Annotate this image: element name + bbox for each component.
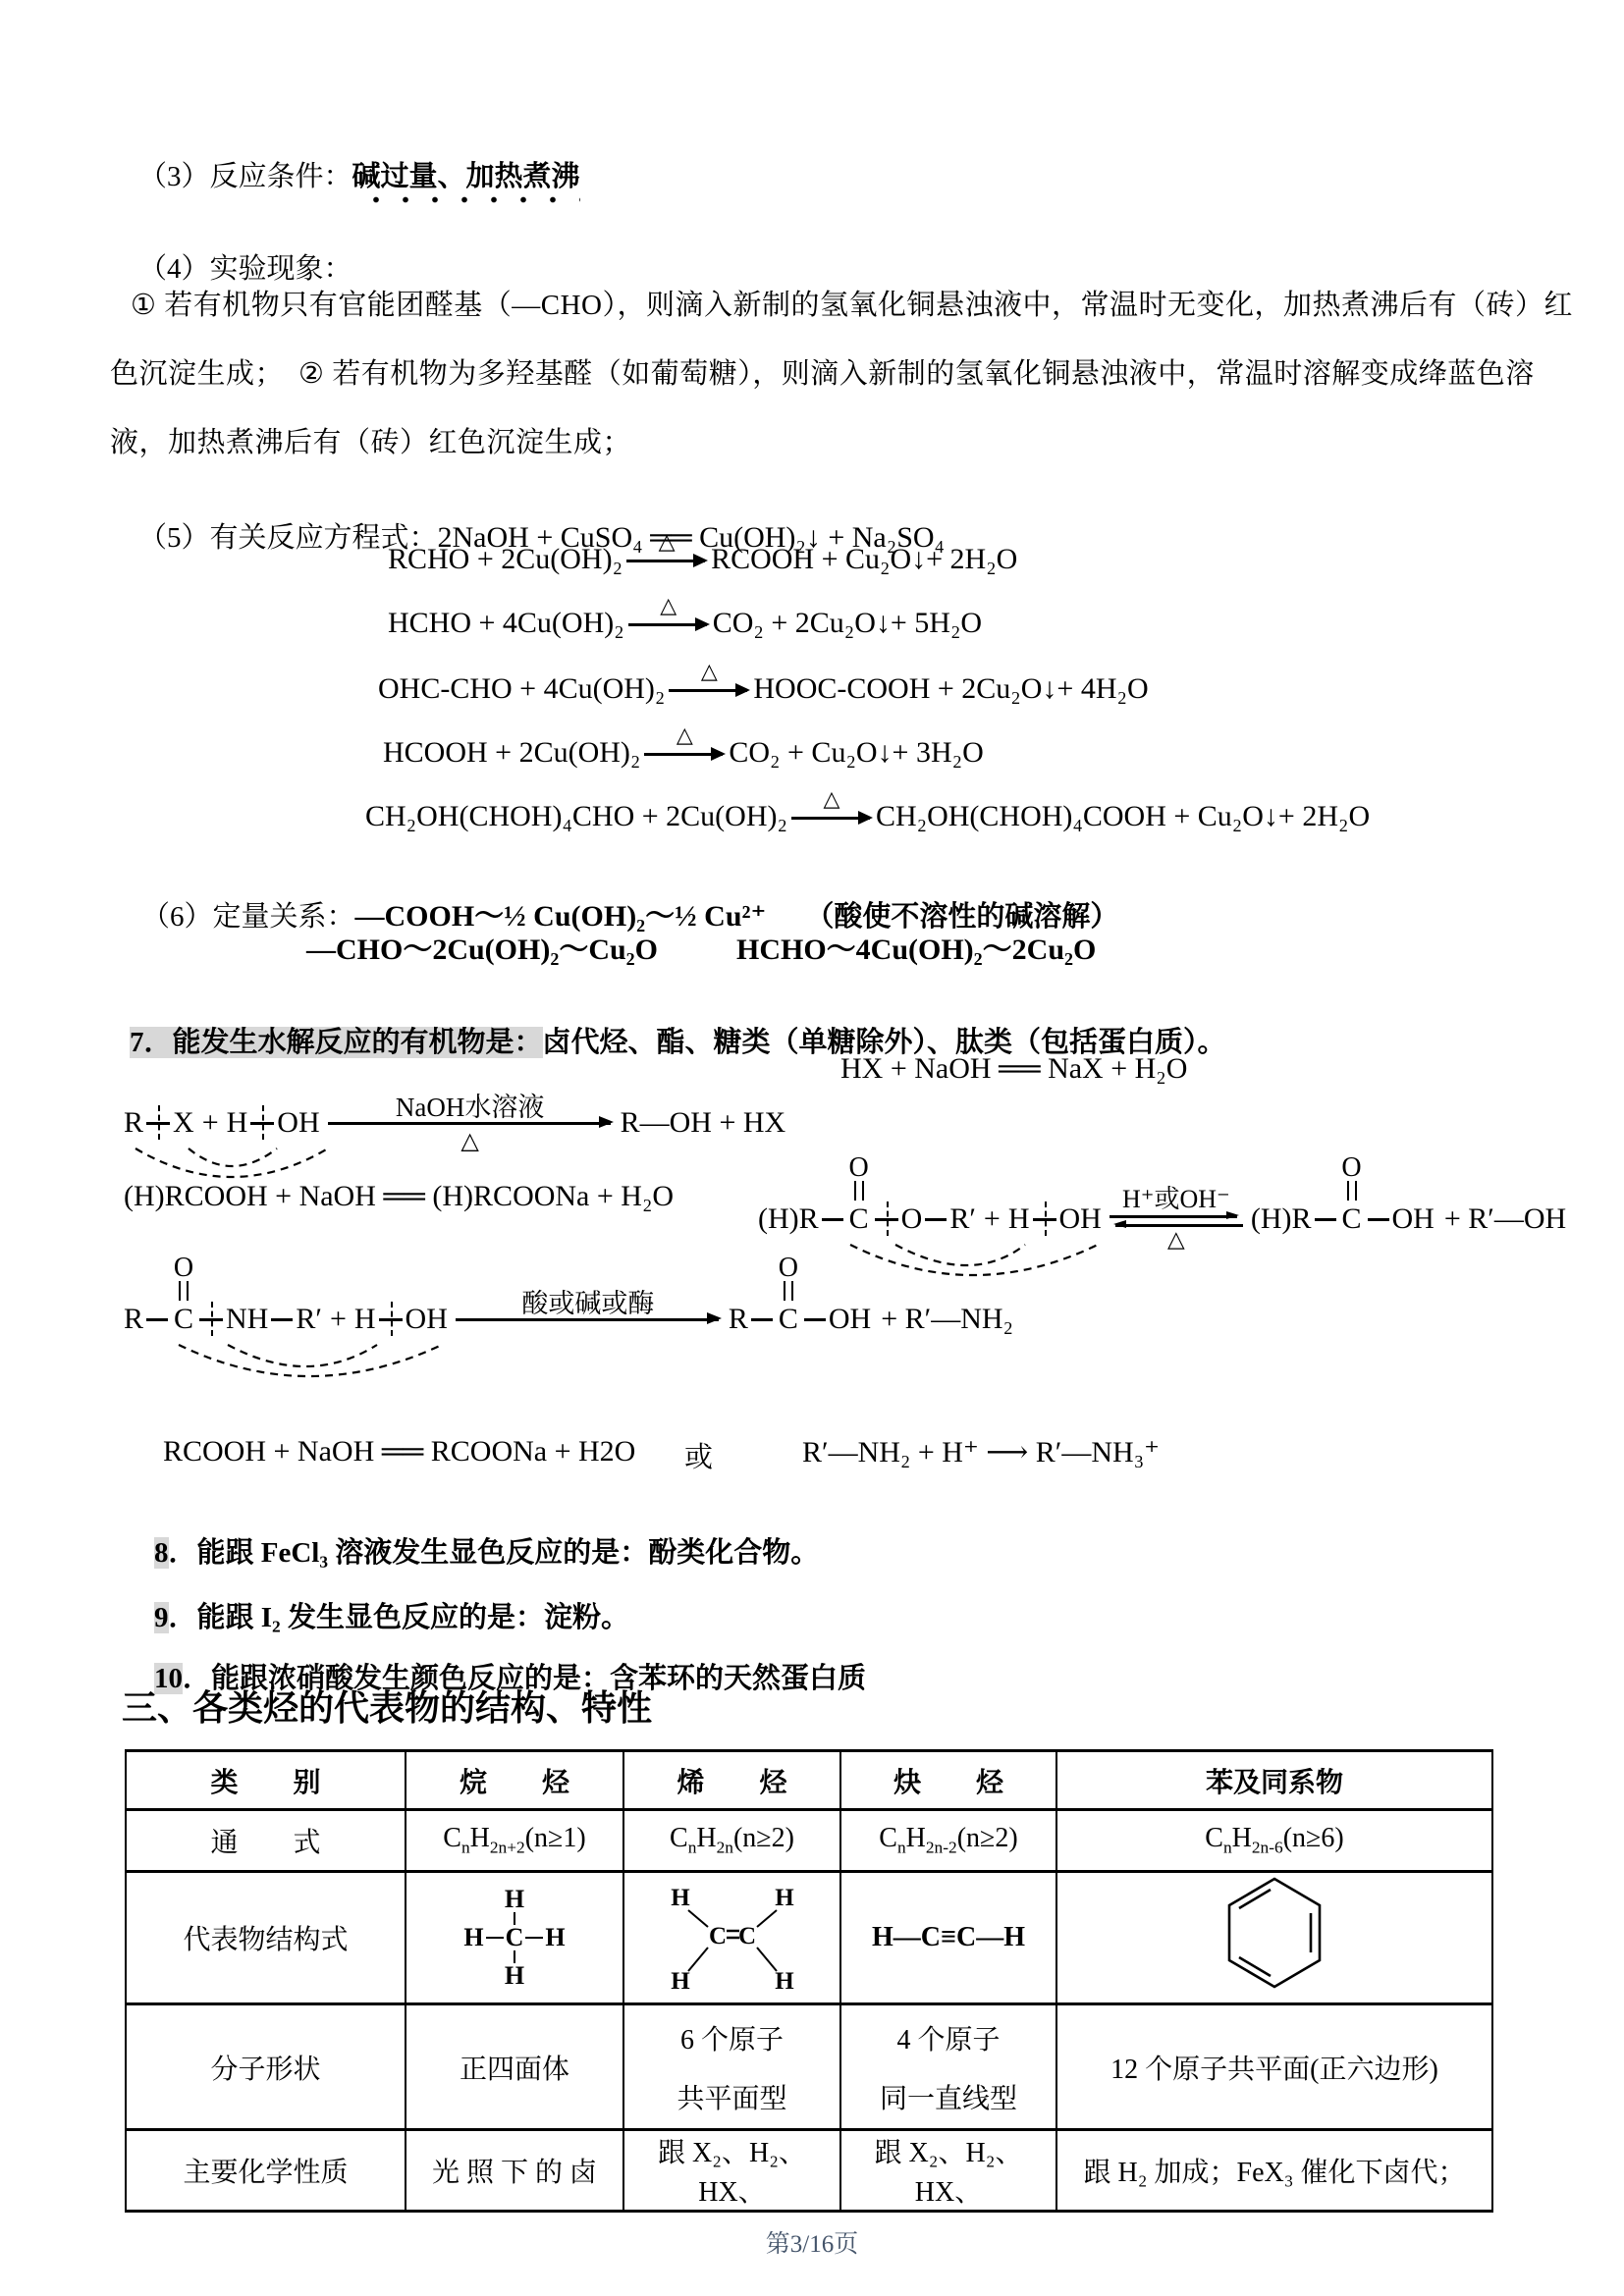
atom-R: R [729,1303,748,1336]
table-cell: 跟 H₂ 加成；FeX₃ 催化下卤代； [1056,2130,1492,2212]
atom-O: O [846,1154,872,1182]
double-bond [854,1181,864,1201]
relation-hcho: HCHO～4Cu(OH)₂～2Cu₂O [736,925,1096,968]
table-cell: CnH2n(n≥2) [623,1810,840,1872]
double-bond [179,1281,189,1301]
diagram-amide-hydrolysis: R OC NH R′ + H OH 酸或碱或酶 R OC OH + R′—NH₂ [124,1235,1106,1416]
delta-icon: △ [791,788,872,810]
relation-cho: —CHO～2Cu(OH)₂～Cu₂O [306,925,658,968]
item3-emphasis: 碱过量、加热煮沸 [352,161,580,204]
table-cell: 跟 X₂、H₂、HX、 [623,2130,840,2212]
table-header-row: 类 别 烷 烃 烯 烃 炔 烃 苯及同系物 [126,1751,1492,1810]
bond [1315,1218,1336,1221]
delta-icon: △ [644,724,725,746]
carbonyl-carbon: OC [776,1303,801,1336]
table-header-cell: 类 别 [126,1751,406,1810]
atom-R: R [124,1106,143,1140]
table-cell: 通 式 [126,1810,406,1872]
paragraph-observation-line2: 色沉淀生成； ② 若有机物为多羟基醛（如葡萄糖），则滴入新制的氢氧化铜悬浊液中，… [110,351,1535,392]
amide-products-tail: + R′—NH₂ [881,1303,1013,1336]
equation-row-glucose: CH₂OH(CHOH)₄CHO + 2Cu(OH)₂ △ CH₂OH(CHOH)… [365,796,1370,837]
cleaved-bond [1033,1218,1056,1221]
arrow-condition-label: NaOH水溶液 [328,1086,613,1124]
atom-H: H [354,1303,376,1336]
atom-H: H [227,1106,248,1140]
table-row-properties: 主要化学性质 光 照 下 的 卤 跟 X₂、H₂、HX、 跟 X₂、H₂、HX、… [126,2130,1492,2212]
atom-X: X [173,1106,194,1140]
group-OH: OH [406,1303,448,1336]
group-OH: OH [277,1106,319,1140]
or-word: 或 [684,1435,713,1475]
table-cell: 光 照 下 的 卤 [406,2130,623,2212]
table-cell: H HCH H [406,1872,623,2004]
svg-text:H: H [671,1968,690,1995]
table-cell: 12 个原子共平面(正六边形) [1056,2004,1492,2130]
item7-highlight: 7．能发生水解反应的有机物是： [130,1027,543,1058]
carbonyl-carbon: OC [846,1202,872,1236]
atom-O: O [171,1255,196,1282]
atom-O: O [901,1202,923,1236]
delta-icon: △ [328,1127,613,1155]
group-NH: NH [226,1303,268,1336]
table-cell [1056,1872,1492,2004]
cleaved-bond [146,1122,170,1125]
table-row-structures: 代表物结构式 H HCH H H H H H C C [126,1872,1492,2004]
methane-structure: H HCH H [406,1887,623,1989]
acetylene-structure: H—C≡C—H [872,1922,1025,1952]
delta-icon: △ [628,595,709,616]
document-page: （3）反应条件：碱过量、加热煮沸 （4）实验现象： ① 若有机物只有官能团醛基（… [0,0,1624,2296]
table-cell: CnH2n-2(n≥2) [840,1810,1056,1872]
atom-O: O [1339,1154,1365,1182]
paragraph-observation-line3: 液，加热煮沸后有（砖）红色沉淀生成； [110,420,631,460]
section-heading: 三、各类烃的代表物的结构、特性 [122,1681,652,1731]
table-cell: 分子形状 [126,2004,406,2130]
table-header-cell: 烯 烃 [623,1751,840,1810]
benzene-ring-icon [1218,1874,1331,1994]
delta-icon: △ [1108,1227,1245,1253]
svg-text:H: H [671,1885,690,1911]
bond [1368,1218,1389,1221]
diagram-halide-hydrolysis: R X + H OH NaOH水溶液 △ R—OH + HX [124,1080,840,1252]
paragraph-observation-line1: ① 若有机物只有官能团醛基（—CHO），则滴入新制的氢氧化铜悬浊液中，常温时无变… [131,283,1573,323]
group-HR: (H)R [758,1202,819,1236]
table-cell: H H H H C C [623,1872,840,2004]
equation-row-hcho: HCHO + 4Cu(OH)₂ △ CO₂ + 2Cu₂O↓+ 5H₂O [388,603,982,644]
arrow-condition-label: H⁺或OH⁻ [1108,1179,1245,1215]
reaction-arrow: △ [669,668,749,710]
bond [822,1218,843,1221]
reaction-arrow: △ [644,732,725,774]
svg-text:H: H [775,1968,794,1995]
equation-row-hcooh: HCOOH + 2Cu(OH)₂ △ CO₂ + Cu₂O↓+ 3H₂O [383,732,984,774]
bond [271,1318,293,1321]
reaction-arrow: △ [626,539,707,580]
svg-text:H: H [775,1885,794,1911]
hydrocarbon-table: 类 别 烷 烃 烯 烃 炔 烃 苯及同系物 通 式 CnH2n+2(n≥1) C… [125,1749,1493,2213]
bond [751,1318,773,1321]
table-row-shape: 分子形状 正四面体 6 个原子共平面型 4 个原子同一直线型 12 个原子共平面… [126,2004,1492,2130]
equation-row-rcho: RCHO + 2Cu(OH)₂ △ RCOOH + Cu₂O↓+ 2H₂O [388,539,1017,580]
table-cell: 4 个原子同一直线型 [840,2004,1056,2130]
group-OH: OH [1059,1202,1102,1236]
group-HR: (H)R [1251,1202,1312,1236]
salt-equation: RCOOH + NaOH ══ RCOONa + H2O [163,1435,635,1468]
plus-sign: + [202,1106,219,1140]
svg-text:C: C [737,1923,755,1949]
item4-label: （4）实验现象： [138,253,352,285]
reaction-arrow: 酸或碱或酶 [456,1299,721,1340]
table-row-general-formula: 通 式 CnH2n+2(n≥1) CnH2n(n≥2) CnH2n-2(n≥2)… [126,1810,1492,1872]
atom-O: O [776,1255,801,1282]
page-footer: 第3/16页 [0,2224,1624,2260]
ethylene-structure: H H H H C C [649,1873,816,1995]
group-OH: OH [1392,1202,1435,1236]
double-bond [1347,1181,1357,1201]
svg-text:C: C [708,1923,726,1949]
group-R-prime: R′ [296,1303,322,1336]
hydrolysis-arcs [171,1341,456,1395]
reaction-arrow: △ [628,603,709,644]
plus-sign: + [984,1202,1001,1236]
group-R-prime: R′ [949,1202,976,1236]
table-header-cell: 烷 烃 [406,1751,623,1810]
cleaved-bond [875,1218,898,1221]
atom-H: H [1008,1202,1030,1236]
table-cell: H—C≡C—H [840,1872,1056,2004]
table-header-cell: 炔 烃 [840,1751,1056,1810]
equilibrium-arrow-icon: H⁺或OH⁻ △ [1108,1199,1245,1240]
cleaved-bond [250,1122,274,1125]
acid-neutralization-equation: (H)RCOOH + NaOH ══ (H)RCOONa + H₂O [124,1180,674,1213]
delta-icon: △ [626,531,707,553]
equation-row-ohc-cho: OHC-CHO + 4Cu(OH)₂ △ HOOC-COOH + 2Cu₂O↓+… [378,668,1149,710]
bond [804,1318,826,1321]
cleaved-bond [199,1318,223,1321]
item3-prefix: （3）反应条件： [138,161,352,192]
table-cell: 跟 X₂、H₂、HX、 [840,2130,1056,2212]
hx-equation: HX + NaOH ══ NaX + H₂O [840,1052,1187,1086]
carbonyl-carbon: OC [171,1303,196,1336]
reaction-arrow: NaOH水溶液 △ [328,1102,613,1144]
amine-equation: R′—NH₂ + H⁺ ⟶ R′—NH₃⁺ [802,1435,1160,1469]
bond [925,1218,947,1221]
plus-sign: + [330,1303,347,1336]
table-cell: 代表物结构式 [126,1872,406,2004]
table-cell: 正四面体 [406,2004,623,2130]
double-bond [784,1281,793,1301]
table-cell: 6 个原子共平面型 [623,2004,840,2130]
atom-R: R [124,1303,143,1336]
ester-products-tail: + R′—OH [1444,1202,1566,1236]
delta-icon: △ [669,661,749,682]
reaction-arrow: △ [791,796,872,837]
group-OH: OH [829,1303,871,1336]
table-cell: CnH2n+2(n≥1) [406,1810,623,1872]
bond [146,1318,168,1321]
line-reaction-conditions: （3）反应条件：碱过量、加热煮沸 [110,122,580,227]
table-cell: CnH2n-6(n≥6) [1056,1810,1492,1872]
table-cell: 主要化学性质 [126,2130,406,2212]
table-header-cell: 苯及同系物 [1056,1751,1492,1810]
carbonyl-carbon: OC [1339,1202,1365,1236]
cleaved-bond [379,1318,403,1321]
arrow-condition-label: 酸或碱或酶 [456,1282,721,1320]
